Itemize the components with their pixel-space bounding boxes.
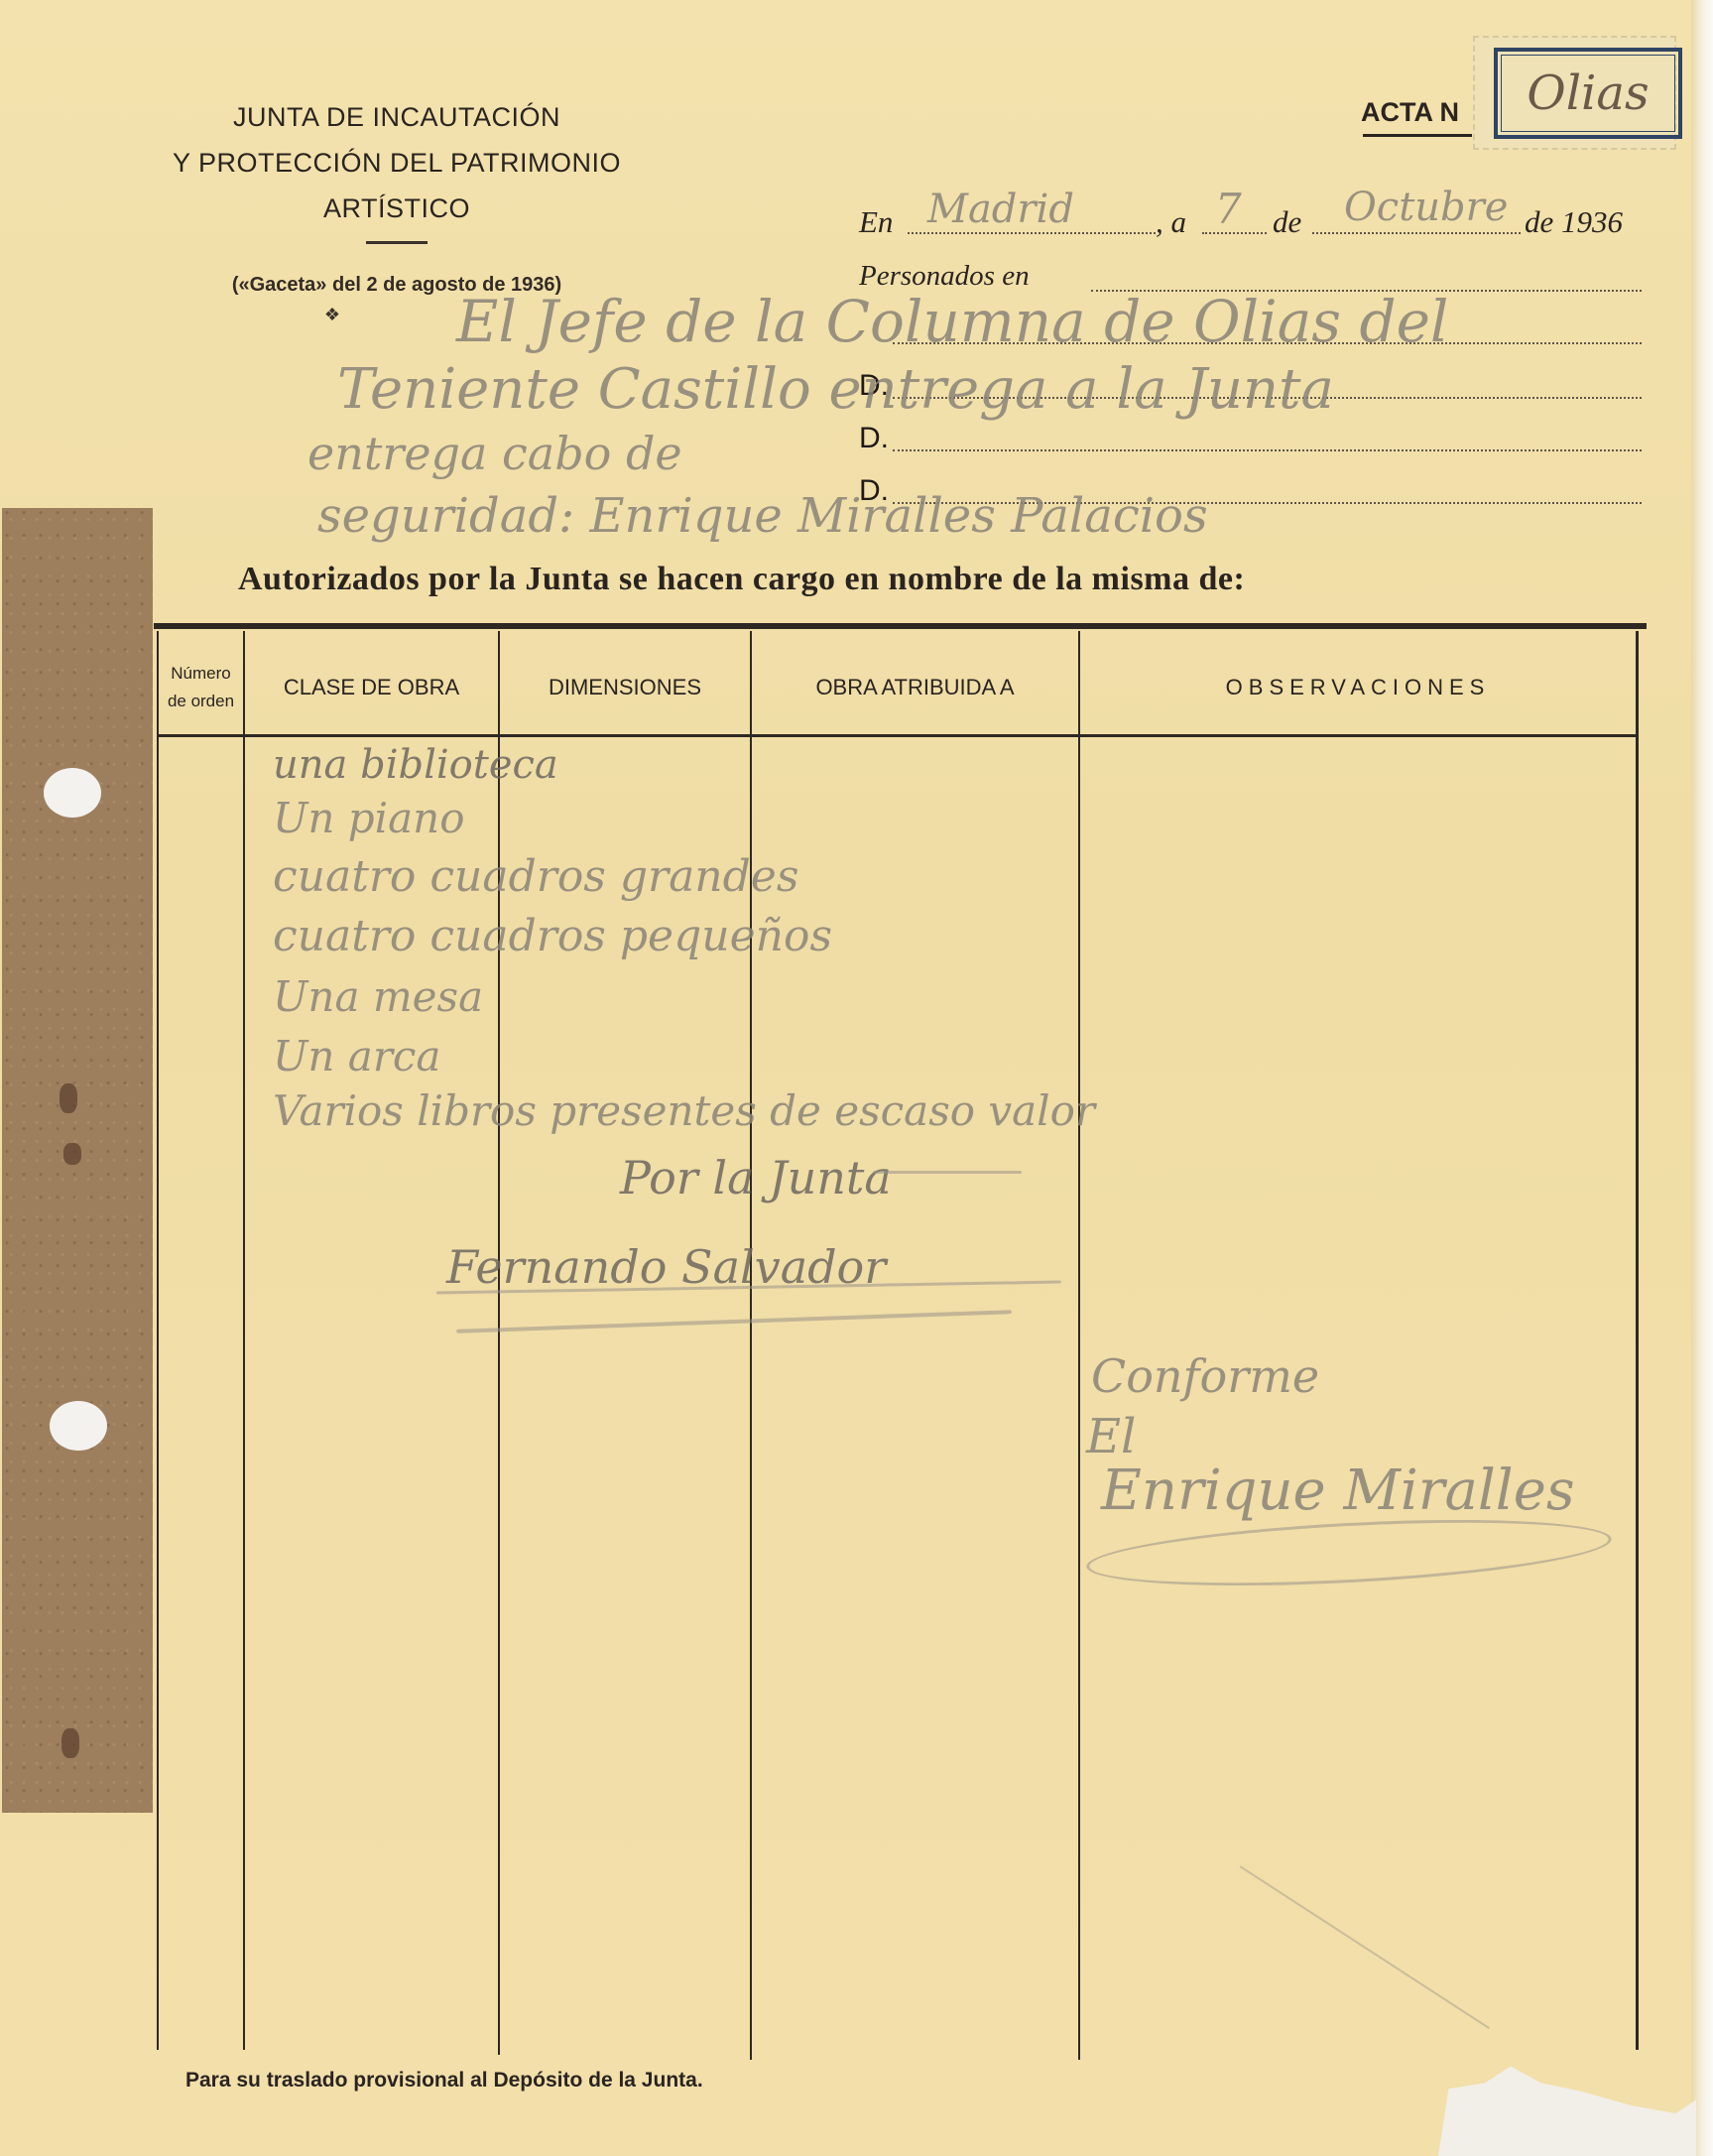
- acta-number: Olias: [1527, 65, 1649, 121]
- punch-hole: [44, 768, 101, 818]
- footer-note: Para su traslado provisional al Depósito…: [185, 2069, 703, 2093]
- d-label-2: D.: [859, 422, 889, 455]
- month-field: [1312, 232, 1521, 234]
- conforme-text: Conforme: [1091, 1349, 1319, 1403]
- signature-stroke: [873, 1171, 1022, 1174]
- punch-hole: [50, 1401, 107, 1451]
- numero-line-1: Número: [168, 660, 234, 688]
- day-value: 7: [1215, 185, 1242, 233]
- stain: [63, 1143, 81, 1165]
- column-divider: [1078, 631, 1080, 2060]
- org-name-line-1: JUNTA DE INCAUTACIÓN: [129, 94, 665, 140]
- header-rule: [366, 241, 428, 244]
- place-field: [908, 232, 1156, 234]
- authorization-statement: Autorizados por la Junta se hacen cargo …: [238, 561, 1245, 598]
- page-edge: [1691, 0, 1713, 2156]
- stain: [60, 1083, 77, 1113]
- item-row: Un arca: [273, 1032, 440, 1080]
- observaciones-signature: Enrique Miralles: [1101, 1458, 1575, 1523]
- item-row: Varios libros presentes de escaso valor: [273, 1086, 1095, 1135]
- org-name-line-3: ARTÍSTICO: [129, 186, 665, 231]
- por-la-junta-text: Por la Junta: [620, 1151, 892, 1205]
- org-name-line-2: Y PROTECCIÓN DEL PATRIMONIO: [129, 140, 665, 186]
- month-value: Octubre: [1344, 185, 1508, 230]
- column-header-dimensiones: DIMENSIONES: [500, 645, 750, 729]
- column-divider: [243, 631, 245, 2050]
- item-row: cuatro cuadros pequeños: [273, 911, 832, 961]
- acta-number-box: Olias: [1494, 48, 1682, 139]
- column-divider: [498, 631, 500, 2055]
- acta-underline: [1363, 134, 1472, 137]
- handwritten-note-3: entrega cabo de: [307, 427, 682, 480]
- d-field-2: [893, 449, 1642, 451]
- place-value: Madrid: [927, 187, 1074, 232]
- el-text: El: [1086, 1409, 1136, 1464]
- a-label: , a: [1156, 204, 1186, 240]
- handwritten-note-2: Teniente Castillo entrega a la Junta: [337, 357, 1334, 422]
- column-header-numero: Número de orden: [159, 645, 243, 729]
- handwritten-note-1: El Jefe de la Columna de Olias del: [456, 288, 1448, 355]
- stain: [61, 1728, 79, 1758]
- en-label: En: [859, 204, 893, 240]
- item-row: cuatro cuadros grandes: [273, 851, 798, 902]
- item-row: Una mesa: [273, 972, 483, 1021]
- item-row: una biblioteca: [273, 742, 558, 788]
- de-label: de: [1273, 204, 1301, 240]
- binding-strip: [2, 508, 153, 1813]
- acta-label: ACTA N: [1361, 97, 1459, 128]
- table-top-rule: [154, 623, 1647, 629]
- year-label: de 1936: [1525, 204, 1623, 240]
- column-header-observaciones: OBSERVACIONES: [1080, 645, 1636, 729]
- item-row: Un piano: [273, 794, 465, 842]
- column-header-atribuida: OBRA ATRIBUIDA A: [752, 645, 1078, 729]
- column-header-clase: CLASE DE OBRA: [245, 645, 498, 729]
- inventory-table: [157, 631, 1639, 2050]
- handwritten-note-4: seguridad: Enrique Miralles Palacios: [317, 488, 1208, 544]
- numero-line-2: de orden: [168, 688, 234, 715]
- table-header-rule: [157, 734, 1639, 737]
- column-divider: [750, 631, 752, 2060]
